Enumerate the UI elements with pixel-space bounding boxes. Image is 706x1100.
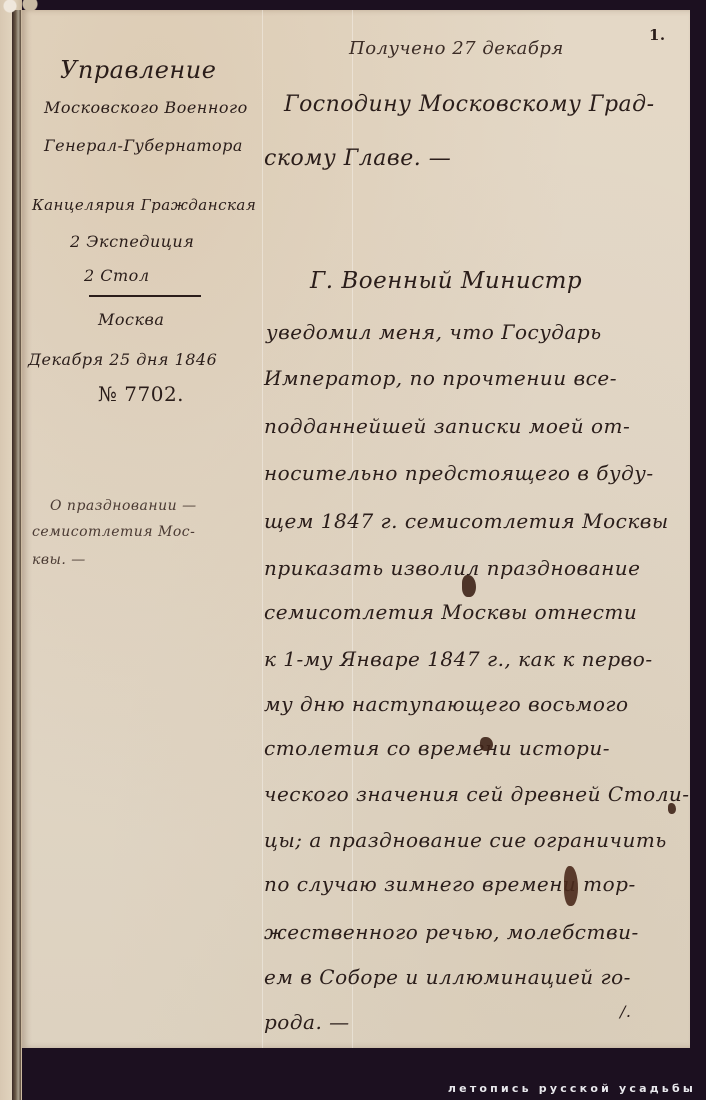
subject-line-1: О праздновании —	[50, 498, 197, 514]
header-chancellery: Канцелярия Гражданская	[32, 196, 256, 214]
body-line: му дню наступающего восьмого	[264, 692, 629, 716]
body-line: приказать изволил празднование	[264, 556, 641, 580]
watermark-label: летопись русской усадьбы	[448, 1082, 696, 1098]
body-line: жественного речью, молебстви-	[264, 920, 639, 944]
header-office: Управление	[60, 56, 216, 84]
header-city: Москва	[98, 310, 164, 329]
document-number: № 7702.	[98, 382, 184, 406]
body-line: по случаю зимнего времени тор-	[264, 872, 636, 896]
body-line: уведомил меня, что Государь	[266, 320, 602, 344]
body-line: подданнейшей записки моей от-	[264, 414, 630, 438]
binding-spine	[12, 10, 21, 1100]
header-expedition: 2 Экспедиция	[70, 232, 194, 251]
body-line: щем 1847 г. семисотлетия Москвы	[264, 509, 669, 533]
body-line: семисотлетия Москвы отнести	[264, 600, 637, 624]
closing-mark: /.	[620, 1002, 631, 1021]
ink-blot	[480, 737, 493, 751]
document-page: 1. Получено 27 декабря Управление Москов…	[22, 10, 690, 1048]
received-note: Получено 27 декабря	[349, 38, 564, 59]
ink-blot	[668, 803, 676, 814]
body-line: к 1-му Январе 1847 г., как к перво-	[264, 647, 653, 671]
ink-blot	[462, 575, 476, 597]
fold-line	[262, 10, 263, 1048]
addressee-line-1: Господину Московскому Град-	[284, 92, 655, 117]
header-desk: 2 Стол	[84, 266, 150, 285]
body-line: Император, по прочтении все-	[264, 366, 617, 390]
header-line-2: Московского Военного	[44, 98, 248, 117]
header-divider	[89, 295, 201, 297]
body-line: рода. —	[264, 1010, 350, 1034]
addressee-line-2: скому Главе. —	[264, 146, 451, 171]
header-line-3: Генерал-Губернатора	[44, 136, 243, 155]
header-date: Декабря 25 дня 1846	[28, 350, 217, 369]
subject-line-2: семисотлетия Мос-	[32, 524, 195, 540]
body-line: Г. Военный Министр	[310, 268, 582, 294]
page-number: 1.	[649, 26, 666, 44]
body-line: носительно предстоящего в буду-	[264, 461, 654, 485]
ink-blot	[564, 866, 578, 906]
body-line: столетия со времени истори-	[264, 736, 610, 760]
body-line: ем в Соборе и иллюминацией го-	[264, 965, 631, 989]
body-line: цы; а празднование сие ограничить	[264, 828, 667, 852]
subject-line-3: квы. —	[32, 552, 86, 568]
body-line: ческого значения сей древней Столи-	[264, 782, 690, 806]
